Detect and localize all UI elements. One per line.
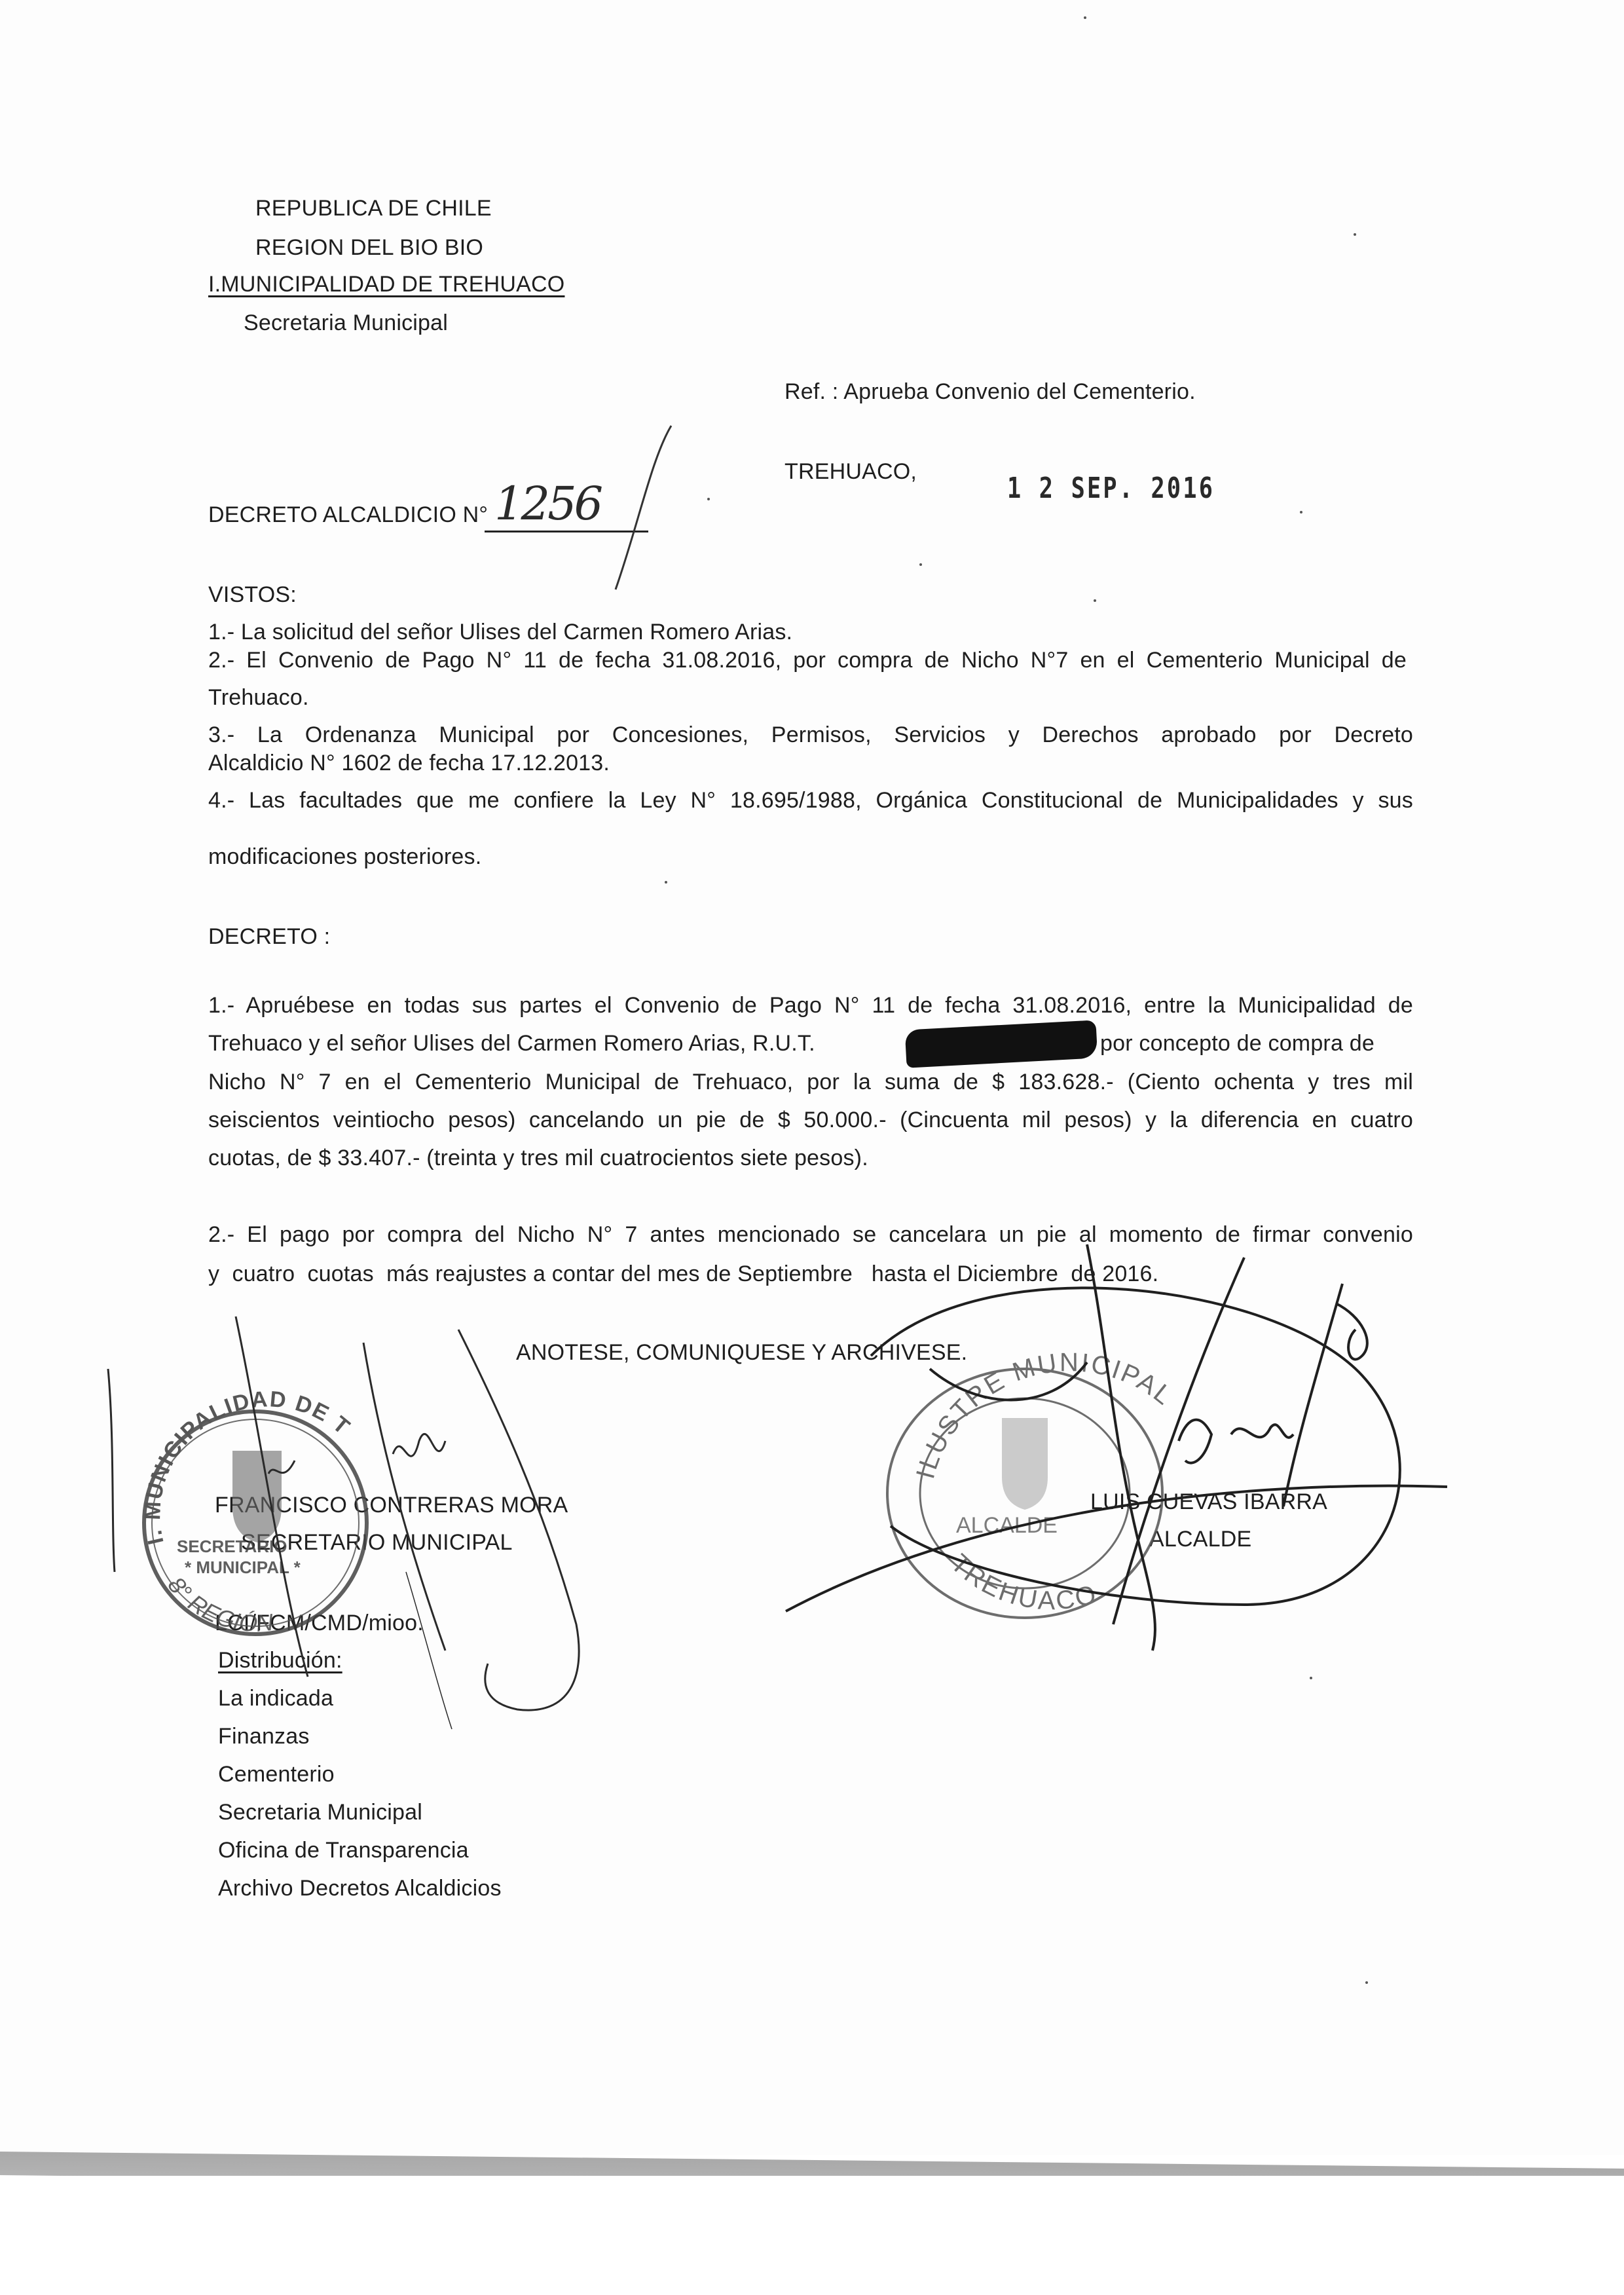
- decree-number-underline: [485, 531, 648, 532]
- mayor-title: ALCALDE: [1149, 1526, 1251, 1552]
- scan-margin: [0, 2176, 1624, 2295]
- distribution-item: Secretaria Municipal: [218, 1799, 422, 1825]
- decreto-item2-line: 2.- El pago por compra del Nicho N° 7 an…: [208, 1222, 1413, 1248]
- date-stamp: 1 2 SEP. 2016: [1007, 476, 1215, 502]
- distribution-item: Cementerio: [218, 1761, 335, 1787]
- vistos-line: Alcaldicio N° 1602 de fecha 17.12.2013.: [208, 750, 610, 776]
- distribution-item: Finanzas: [218, 1723, 310, 1749]
- vistos-line: 1.- La solicitud del señor Ulises del Ca…: [208, 619, 792, 645]
- secretary-title: SECRETARIO MUNICIPAL: [241, 1529, 513, 1556]
- vistos-line: 2.- El Convenio de Pago N° 11 de fecha 3…: [208, 647, 1407, 673]
- scan-speck: [665, 881, 667, 884]
- decree-number-handwritten: 1256: [494, 477, 600, 531]
- initials: LCI/FCM/CMD/mioo.: [215, 1610, 424, 1636]
- vistos-line: modificaciones posteriores.: [208, 844, 481, 870]
- header-region: REGION DEL BIO BIO: [255, 234, 483, 261]
- vistos-line: Trehuaco.: [208, 684, 309, 711]
- decreto-item1-line: seiscientos veintiocho pesos) cancelando…: [208, 1107, 1413, 1133]
- scan-speck: [1094, 599, 1096, 602]
- header-municipality: I.MUNICIPALIDAD DE TREHUACO: [208, 271, 564, 297]
- distribution-item: Archivo Decretos Alcaldicios: [218, 1875, 502, 1901]
- header-country: REPUBLICA DE CHILE: [255, 195, 492, 221]
- mayor-name: LUIS CUEVAS IBARRA: [1090, 1489, 1327, 1515]
- decreto-item1-line: cuotas, de $ 33.407.- (treinta y tres mi…: [208, 1145, 868, 1171]
- scan-speck: [1354, 233, 1356, 236]
- vistos-heading: VISTOS:: [208, 582, 297, 608]
- scan-speck: [1365, 1981, 1368, 1984]
- scan-speck: [1084, 16, 1086, 19]
- decreto-item1-line: Trehuaco y el señor Ulises del Carmen Ro…: [208, 1030, 815, 1056]
- distribution-item: La indicada: [218, 1685, 333, 1711]
- scan-speck: [707, 498, 710, 500]
- reference-subject: Ref. : Aprueba Convenio del Cementerio.: [784, 379, 1196, 405]
- scan-speck: [1300, 511, 1302, 513]
- decree-label: DECRETO ALCALDICIO N°: [208, 502, 488, 528]
- vistos-line: 4.- Las facultades que me confiere la Le…: [208, 787, 1413, 813]
- decreto-heading: DECRETO :: [208, 924, 330, 950]
- decreto-item1-line: por concepto de compra de: [1100, 1030, 1375, 1056]
- decreto-item1-line: 1.- Apruébese en todas sus partes el Con…: [208, 992, 1413, 1018]
- header-department: Secretaria Municipal: [244, 310, 448, 336]
- secretary-name: FRANCISCO CONTRERAS MORA: [215, 1492, 568, 1518]
- distribution-heading: Distribución:: [218, 1647, 342, 1673]
- scan-speck: [1310, 1677, 1312, 1679]
- decreto-item2-line: y cuatro cuotas más reajustes a contar d…: [208, 1261, 1158, 1287]
- scan-speck: [919, 563, 922, 566]
- place-label: TREHUACO,: [784, 458, 917, 485]
- decreto-item1-line: Nicho N° 7 en el Cementerio Municipal de…: [208, 1069, 1413, 1095]
- vistos-line: 3.- La Ordenanza Municipal por Concesion…: [208, 722, 1413, 748]
- distribution-item: Oficina de Transparencia: [218, 1837, 469, 1863]
- closing-formula: ANOTESE, COMUNIQUESE Y ARCHIVESE.: [516, 1339, 967, 1366]
